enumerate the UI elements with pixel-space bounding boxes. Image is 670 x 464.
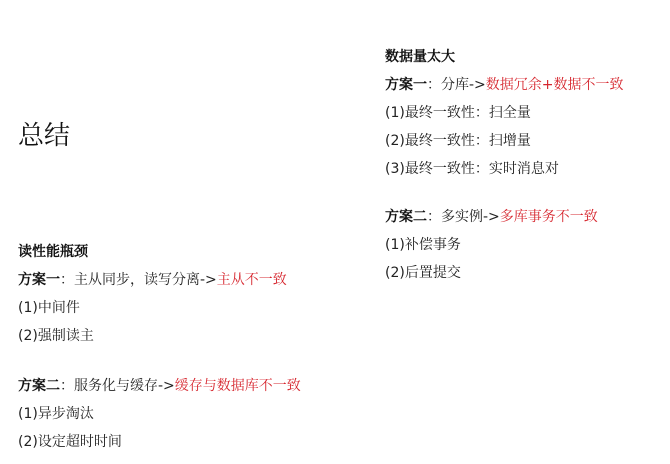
plan-description: 主从同步，读写分离-> <box>74 272 217 288</box>
list-item: (1)最终一致性：扫全量 <box>385 99 624 127</box>
plan-description: 多实例-> <box>441 209 500 225</box>
list-item: (2)设定超时时间 <box>18 428 301 456</box>
plan-line: 方案一：分库->数据冗余+数据不一致 <box>385 71 624 99</box>
list-item: (2)后置提交 <box>385 259 624 287</box>
page-title: 总结 <box>18 119 70 153</box>
list-item: (2)最终一致性：扫增量 <box>385 127 624 155</box>
list-item: (2)强制读主 <box>18 322 301 350</box>
plan-label: 方案二 <box>385 209 427 225</box>
list-item: (3)最终一致性：实时消息对 <box>385 155 624 183</box>
plan-issue: 主从不一致 <box>217 272 287 288</box>
section-data-volume: 数据量太大 方案一：分库->数据冗余+数据不一致 (1)最终一致性：扫全量 (2… <box>385 43 624 287</box>
plan-separator: ： <box>427 209 441 225</box>
plan-line: 方案二：服务化与缓存->缓存与数据库不一致 <box>18 372 301 400</box>
list-item: (1)补偿事务 <box>385 231 624 259</box>
plan-description: 服务化与缓存-> <box>74 378 175 394</box>
plan-separator: ： <box>60 272 74 288</box>
section-read-performance: 读性能瓶颈 方案一：主从同步，读写分离->主从不一致 (1)中间件 (2)强制读… <box>18 238 301 456</box>
plan-issue: 多库事务不一致 <box>500 209 598 225</box>
plan-description: 分库-> <box>441 77 486 93</box>
plan-label: 方案二 <box>18 378 60 394</box>
plan-separator: ： <box>60 378 74 394</box>
section-heading: 数据量太大 <box>385 43 624 71</box>
list-item: (1)异步淘汰 <box>18 400 301 428</box>
plan-label: 方案一 <box>385 77 427 93</box>
list-item: (1)中间件 <box>18 294 301 322</box>
plan-line: 方案一：主从同步，读写分离->主从不一致 <box>18 266 301 294</box>
section-heading: 读性能瓶颈 <box>18 238 301 266</box>
plan-label: 方案一 <box>18 272 60 288</box>
plan-line: 方案二：多实例->多库事务不一致 <box>385 203 624 231</box>
plan-issue: 数据冗余+数据不一致 <box>486 77 624 93</box>
plan-separator: ： <box>427 77 441 93</box>
plan-issue: 缓存与数据库不一致 <box>175 378 301 394</box>
